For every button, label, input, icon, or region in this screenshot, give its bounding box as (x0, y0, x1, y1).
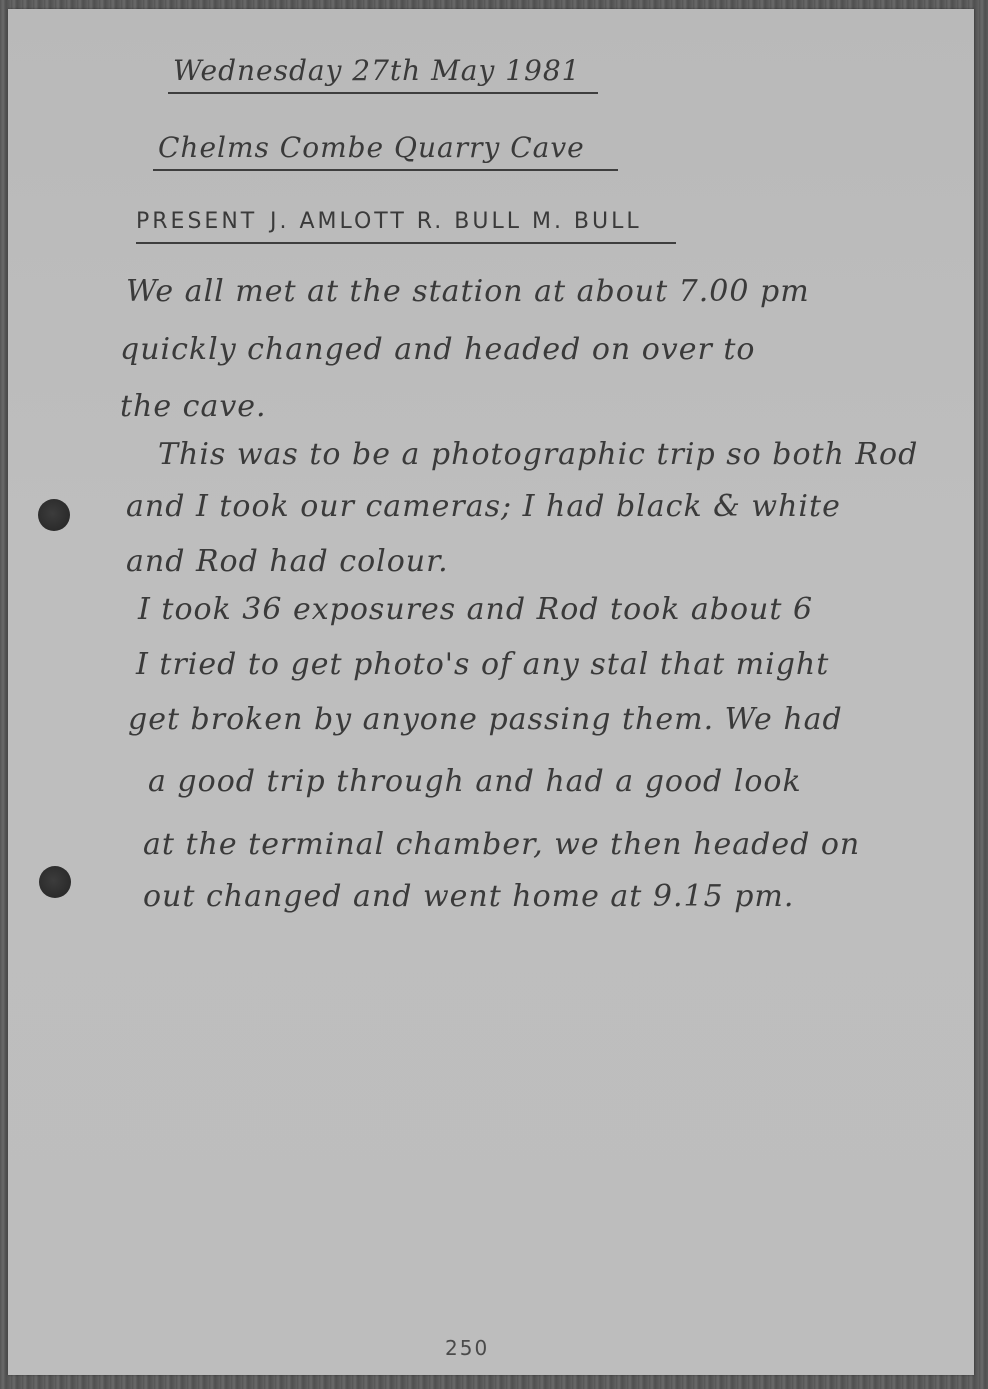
page-number: 250 (445, 1336, 489, 1360)
body-line: out changed and went home at 9.15 pm. (143, 879, 794, 914)
body-line: quickly changed and headed on over to (120, 332, 756, 367)
present-names: J. AMLOTT R. BULL M. BULL (270, 209, 642, 234)
entry-location: Chelms Combe Quarry Cave (158, 131, 585, 164)
punch-hole-bottom (39, 866, 71, 898)
body-line: at the terminal chamber, we then headed … (143, 827, 860, 862)
body-line: get broken by anyone passing them. We ha… (128, 702, 843, 737)
punch-hole-top (38, 499, 70, 531)
body-line: and Rod had colour. (126, 544, 449, 579)
body-line: This was to be a photographic trip so bo… (158, 437, 918, 472)
notebook-page: Wednesday 27th May 1981 Chelms Combe Qua… (8, 9, 974, 1375)
body-line: and I took our cameras; I had black & wh… (126, 489, 841, 524)
body-line: We all met at the station at about 7.00 … (126, 274, 810, 309)
date-underline (168, 92, 598, 94)
location-underline (153, 169, 618, 171)
present-label: PRESENT (136, 209, 257, 234)
body-line: I tried to get photo's of any stal that … (136, 647, 829, 682)
body-line: I took 36 exposures and Rod took about 6 (138, 592, 813, 627)
present-underline (136, 242, 676, 244)
body-line: the cave. (120, 389, 267, 424)
body-line: a good trip through and had a good look (148, 764, 802, 799)
entry-date: Wednesday 27th May 1981 (173, 54, 580, 87)
